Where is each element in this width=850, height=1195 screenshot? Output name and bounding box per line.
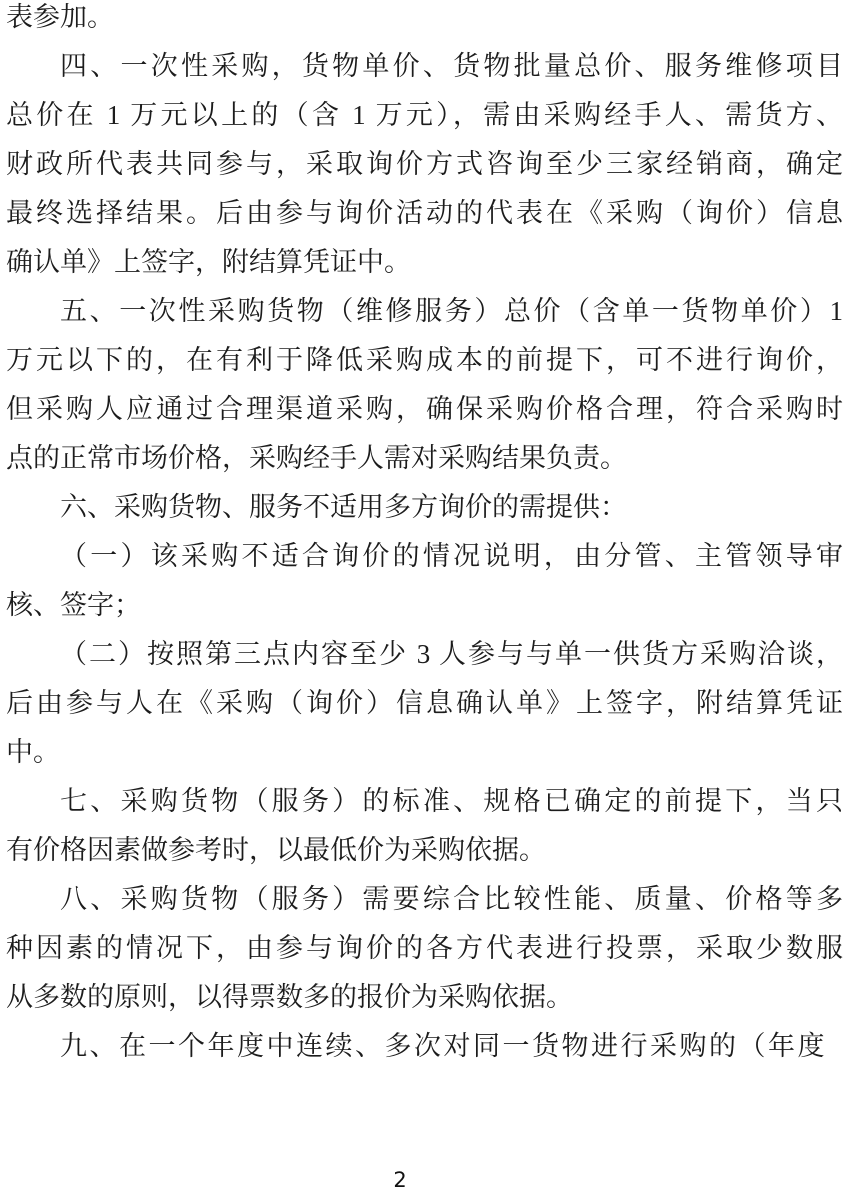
text-line: 但采购人应通过合理渠道采购，确保采购价格合理，符合采购时 — [6, 385, 843, 434]
text-line: 种因素的情况下，由参与询价的各方代表进行投票，采取少数服 — [6, 924, 843, 973]
text-line: 九、在一个年度中连续、多次对同一货物进行采购的（年度 — [6, 1022, 843, 1071]
text-line: 从多数的原则，以得票数多的报价为采购依据。 — [6, 973, 843, 1022]
text-line: 表参加。 — [6, 0, 843, 42]
text-line: 万元以下的，在有利于降低采购成本的前提下，可不进行询价， — [6, 336, 843, 385]
text-line: 五、一次性采购货物（维修服务）总价（含单一货物单价）1 — [6, 287, 843, 336]
text-line: 核、签字； — [6, 581, 843, 630]
page-number: 2 — [0, 1168, 800, 1192]
text-line: 最终选择结果。后由参与询价活动的代表在《采购（询价）信息 — [6, 189, 843, 238]
text-line: 确认单》上签字，附结算凭证中。 — [6, 238, 843, 287]
document-body-text: 表参加。 四、一次性采购，货物单价、货物批量总价、服务维修项目 总价在 1 万元… — [6, 0, 843, 1071]
text-line: 八、采购货物（服务）需要综合比较性能、质量、价格等多 — [6, 875, 843, 924]
text-line: 有价格因素做参考时，以最低价为采购依据。 — [6, 826, 843, 875]
text-line: 财政所代表共同参与，采取询价方式咨询至少三家经销商，确定 — [6, 140, 843, 189]
text-line: 七、采购货物（服务）的标准、规格已确定的前提下，当只 — [6, 777, 843, 826]
text-line: 四、一次性采购，货物单价、货物批量总价、服务维修项目 — [6, 42, 843, 91]
text-line: 后由参与人在《采购（询价）信息确认单》上签字，附结算凭证 — [6, 679, 843, 728]
text-line: 总价在 1 万元以上的（含 1 万元），需由采购经手人、需货方、 — [6, 91, 843, 140]
text-line: （二）按照第三点内容至少 3 人参与与单一供货方采购洽谈， — [6, 630, 843, 679]
text-line: （一）该采购不适合询价的情况说明，由分管、主管领导审 — [6, 532, 843, 581]
document-page: 表参加。 四、一次性采购，货物单价、货物批量总价、服务维修项目 总价在 1 万元… — [0, 0, 850, 1195]
text-line: 点的正常市场价格，采购经手人需对采购结果负责。 — [6, 434, 843, 483]
text-line: 中。 — [6, 728, 843, 777]
text-line: 六、采购货物、服务不适用多方询价的需提供： — [6, 483, 843, 532]
